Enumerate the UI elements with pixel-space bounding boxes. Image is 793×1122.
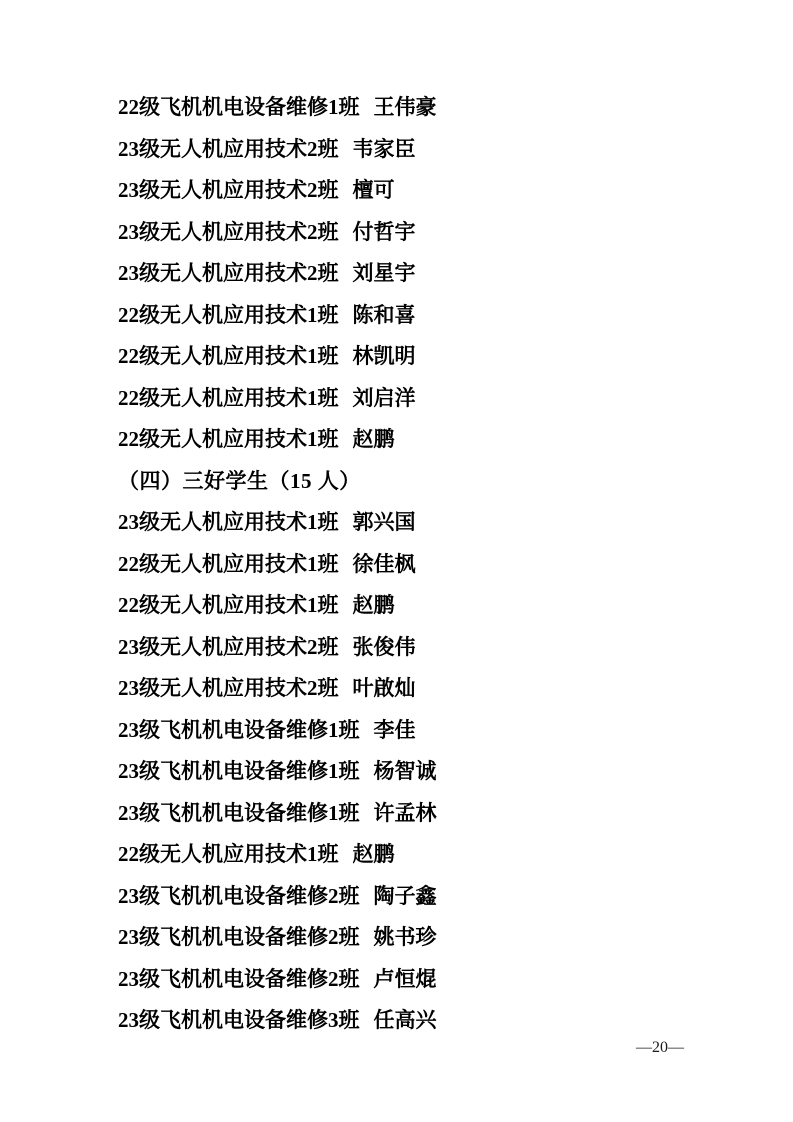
student-entry: 23级飞机机电设备维修2班姚书珍 <box>118 917 437 959</box>
student-name: 李佳 <box>374 718 416 742</box>
student-entry: 23级飞机机电设备维修1班杨智诚 <box>118 751 437 793</box>
student-name: 陶子鑫 <box>374 884 437 908</box>
student-name: 王伟豪 <box>374 95 437 119</box>
student-entry: 22级飞机机电设备维修1班王伟豪 <box>118 87 437 129</box>
class-label: 23级飞机机电设备维修1班 <box>118 718 360 742</box>
student-name: 赵鹏 <box>353 842 395 866</box>
student-name: 韦家臣 <box>353 137 416 161</box>
student-entry: 22级无人机应用技术1班徐佳枫 <box>118 544 437 586</box>
student-name: 林凯明 <box>353 344 416 368</box>
student-entry: 23级飞机机电设备维修1班许孟林 <box>118 793 437 835</box>
class-label: 22级无人机应用技术1班 <box>118 386 339 410</box>
student-name: 杨智诚 <box>374 759 437 783</box>
student-entry: 22级无人机应用技术1班陈和喜 <box>118 295 437 337</box>
class-label: 22级无人机应用技术1班 <box>118 842 339 866</box>
student-entry: 23级无人机应用技术2班刘星宇 <box>118 253 437 295</box>
class-label: 22级无人机应用技术1班 <box>118 552 339 576</box>
section-heading: （四）三好学生（15 人） <box>118 461 437 503</box>
document-page: 22级飞机机电设备维修1班王伟豪 23级无人机应用技术2班韦家臣 23级无人机应… <box>0 0 793 1122</box>
class-label: 22级无人机应用技术1班 <box>118 593 339 617</box>
student-name: 郭兴国 <box>353 510 416 534</box>
class-label: 23级无人机应用技术2班 <box>118 137 339 161</box>
student-entry: 23级飞机机电设备维修2班陶子鑫 <box>118 876 437 918</box>
student-name: 张俊伟 <box>353 635 416 659</box>
student-name: 徐佳枫 <box>353 552 416 576</box>
document-body: 22级飞机机电设备维修1班王伟豪 23级无人机应用技术2班韦家臣 23级无人机应… <box>118 87 437 1042</box>
student-entry: 23级无人机应用技术1班郭兴国 <box>118 502 437 544</box>
student-name: 任高兴 <box>374 1008 437 1032</box>
student-entry: 22级无人机应用技术1班刘启洋 <box>118 378 437 420</box>
student-entry: 23级无人机应用技术2班韦家臣 <box>118 129 437 171</box>
student-entry: 23级飞机机电设备维修2班卢恒焜 <box>118 959 437 1001</box>
student-entry: 22级无人机应用技术1班赵鹏 <box>118 419 437 461</box>
class-label: 23级飞机机电设备维修1班 <box>118 759 360 783</box>
class-label: 22级无人机应用技术1班 <box>118 344 339 368</box>
student-entry: 22级无人机应用技术1班林凯明 <box>118 336 437 378</box>
student-name: 刘星宇 <box>353 261 416 285</box>
class-label: 23级飞机机电设备维修2班 <box>118 925 360 949</box>
student-name: 陈和喜 <box>353 303 416 327</box>
student-entry: 22级无人机应用技术1班赵鹏 <box>118 834 437 876</box>
student-name: 姚书珍 <box>374 925 437 949</box>
student-entry: 23级无人机应用技术2班张俊伟 <box>118 627 437 669</box>
student-entry: 23级无人机应用技术2班檀可 <box>118 170 437 212</box>
class-label: 23级无人机应用技术2班 <box>118 676 339 700</box>
student-entry: 23级无人机应用技术2班付哲宇 <box>118 212 437 254</box>
class-label: 23级飞机机电设备维修2班 <box>118 967 360 991</box>
student-name: 檀可 <box>353 178 395 202</box>
class-label: 23级无人机应用技术2班 <box>118 261 339 285</box>
class-label: 23级飞机机电设备维修1班 <box>118 801 360 825</box>
class-label: 23级无人机应用技术2班 <box>118 178 339 202</box>
student-entry: 22级无人机应用技术1班赵鹏 <box>118 585 437 627</box>
student-name: 叶啟灿 <box>353 676 416 700</box>
class-label: 23级无人机应用技术1班 <box>118 510 339 534</box>
student-entry: 23级飞机机电设备维修1班李佳 <box>118 710 437 752</box>
student-entry: 23级无人机应用技术2班叶啟灿 <box>118 668 437 710</box>
student-name: 卢恒焜 <box>374 967 437 991</box>
class-label: 22级飞机机电设备维修1班 <box>118 95 360 119</box>
class-label: 22级无人机应用技术1班 <box>118 303 339 327</box>
class-label: 23级无人机应用技术2班 <box>118 635 339 659</box>
student-name: 赵鹏 <box>353 593 395 617</box>
class-label: 23级飞机机电设备维修2班 <box>118 884 360 908</box>
student-name: 刘启洋 <box>353 386 416 410</box>
class-label: 23级无人机应用技术2班 <box>118 220 339 244</box>
student-name: 赵鹏 <box>353 427 395 451</box>
student-entry: 23级飞机机电设备维修3班任高兴 <box>118 1000 437 1042</box>
class-label: 22级无人机应用技术1班 <box>118 427 339 451</box>
student-name: 许孟林 <box>374 801 437 825</box>
class-label: 23级飞机机电设备维修3班 <box>118 1008 360 1032</box>
page-number: —20— <box>630 1038 690 1058</box>
student-name: 付哲宇 <box>353 220 416 244</box>
